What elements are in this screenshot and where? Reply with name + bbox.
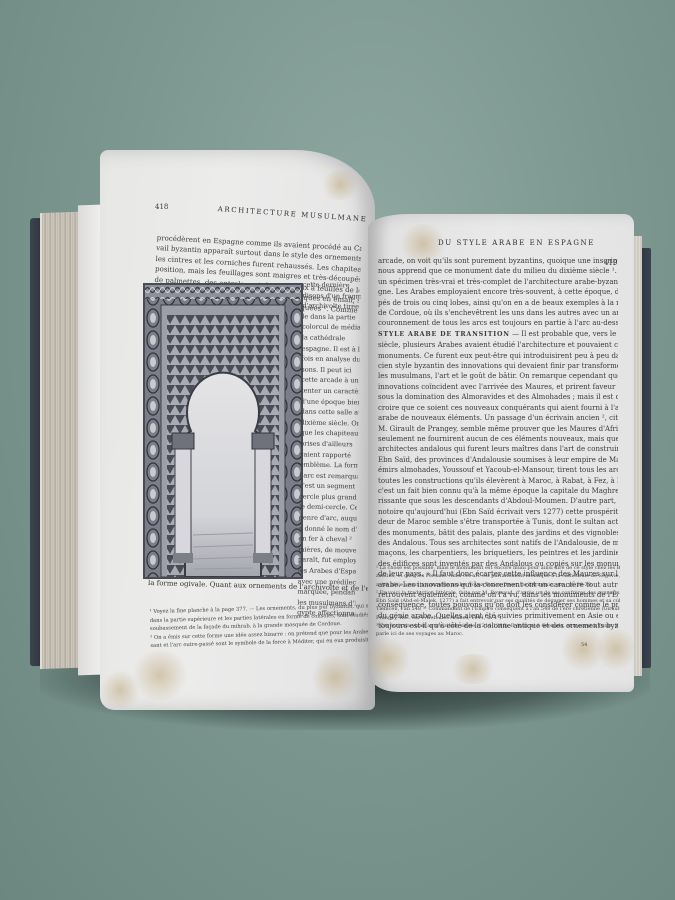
text-line: M. Girault de Prangey, semble même prouv… <box>378 424 618 434</box>
text-line: émirs almohades, Youssouf et Yacoub-el-M… <box>378 465 618 475</box>
text-line: des Andalous. Tous ses architectes sont … <box>378 538 618 548</box>
side-text-column: cette dernière disons d'un fragment d'ar… <box>297 280 361 620</box>
text-line: rissante que sous les descendants d'Abdo… <box>378 496 618 506</box>
text-line: monuments. Ce furent eux peut-être qui i… <box>378 351 618 361</box>
footnote-line: parle ici de ses voyages au Maroc. <box>376 630 620 638</box>
text-line: un spécimen très-vrai et très-complet de… <box>378 277 618 287</box>
signature-mark: 54 <box>581 642 587 648</box>
footnotes: ¹ Voyez la fine planche à la page 377. —… <box>149 602 375 651</box>
foxing-stain <box>100 670 140 710</box>
right-page: DU STYLE ARABE EN ESPAGNE 419 arcade, on… <box>368 214 634 692</box>
text-line: pés de trois ou cinq lobes, ainsi qu'on … <box>378 298 618 308</box>
text-line: notoire qu'aujourd'hui (Ebn Saïd écrivai… <box>378 507 618 517</box>
footnote-line: ³ Cet écrivain vivait au treizième siècl… <box>376 622 620 630</box>
text-line: genre d'arc, auquel on <box>299 513 357 525</box>
text-line: arcade, on voit qu'ils sont purement byz… <box>378 256 618 266</box>
text-line: maçons, les charpentiers, les briquetier… <box>378 548 618 558</box>
text-line: innovations coïncident avec l'arrivée de… <box>378 382 618 392</box>
text-line: cien style byzantin des innovations qui … <box>378 361 618 371</box>
photo-scene: 418 ARCHITECTURE MUSULMANE procédèrent e… <box>0 0 675 900</box>
text-line: de Cordoue, où ils s'enchevêtrent les un… <box>378 308 618 318</box>
text-line: les Arabes d'Espagne <box>298 566 356 578</box>
text-line: cette dernière <box>303 280 361 292</box>
text-line: deur de Maroc semble s'être transportée … <box>378 517 618 527</box>
text-line: architectes andalous qui furent leurs ma… <box>378 444 618 454</box>
text-line: emblème. La forme de <box>300 460 358 472</box>
text-line: croire que ce soient ces nouveaux conqué… <box>378 403 618 413</box>
footnote-line: ¹ La chose est possible, mais le monumen… <box>376 564 620 572</box>
text-line: en fer à cheval ² <box>298 534 356 546</box>
text-line: les musulmans, l'art et le goût de bâtir… <box>378 371 618 381</box>
horseshoe-arch-illustration <box>145 285 301 577</box>
footnotes: ¹ La chose est possible, mais le monumen… <box>376 564 620 639</box>
text-line: nous apprend que ce monument date du mil… <box>378 266 618 276</box>
text-line: d'archivolte tirée <box>302 301 360 313</box>
text-line: seulement ne fournirent aucun de ces élé… <box>378 434 618 444</box>
footnote-line: ² En voici la traduction littérale, fait… <box>376 589 620 597</box>
foxing-stain <box>310 655 360 700</box>
footnote-line: zantins, et chez les Persans. Ainsi cet … <box>376 572 620 580</box>
text-line: sous la domination des Almoravides et de… <box>378 392 618 402</box>
footnote-line: Tlemcen, l'an 548 = Commandant de l'Empi… <box>376 605 620 613</box>
foxing-stain <box>320 170 360 200</box>
text-line: fois en analyse du <box>301 354 359 366</box>
page-edge-left-light <box>78 205 100 676</box>
arch-engraving-figure <box>143 283 303 579</box>
text-line: prises d'ailleurs <box>300 438 358 450</box>
footnote-line: Prangey, Rec. sur l'Arch. des Arabes, 18… <box>376 614 620 622</box>
section-heading-line: STYLE ARABE DE TRANSITION — Il est proba… <box>378 329 618 340</box>
book-cover-right <box>641 248 651 668</box>
running-header: ARCHITECTURE MUSULMANE <box>217 205 367 223</box>
text-line: dans cette salle au <box>301 407 359 419</box>
text-line: — Il est probable que, vers le onzième <box>512 330 618 338</box>
footnote-line: a été bâtie avant la conquête arabe. Voy… <box>376 581 620 589</box>
section-title: STYLE ARABE DE TRANSITION <box>378 331 510 338</box>
foxing-stain <box>368 634 408 684</box>
text-line: c'est un fait bien connu qu'à la même ép… <box>378 486 618 496</box>
text-line: des monuments, bâtit des palais, plante … <box>378 528 618 538</box>
text-line: siècle, plusieurs Arabes avaient étudié … <box>378 340 618 350</box>
text-line: Ebn Saïd, des provinces d'Andalousie sou… <box>378 455 618 465</box>
text-line: toutes les constructions qu'ils élevèren… <box>378 476 618 486</box>
text-line: la cathédrale <box>302 332 360 344</box>
text-line: couronnement de tous les arcs est toujou… <box>378 318 618 328</box>
foxing-stain <box>448 654 498 684</box>
page-number: 418 <box>155 203 168 211</box>
left-page: 418 ARCHITECTURE MUSULMANE procédèrent e… <box>100 150 375 710</box>
text-line: tenter un caractère <box>301 385 359 397</box>
footnote-line: Ebn Saïd (Abd-el-Malek, 1277) a fait ent… <box>376 597 620 605</box>
text-line: gne. Les Arabes employaient encore très-… <box>378 287 618 297</box>
text-line: arabe de nouveaux éléments. Un passage d… <box>378 413 618 423</box>
running-header: DU STYLE ARABE EN ESPAGNE <box>438 239 595 247</box>
